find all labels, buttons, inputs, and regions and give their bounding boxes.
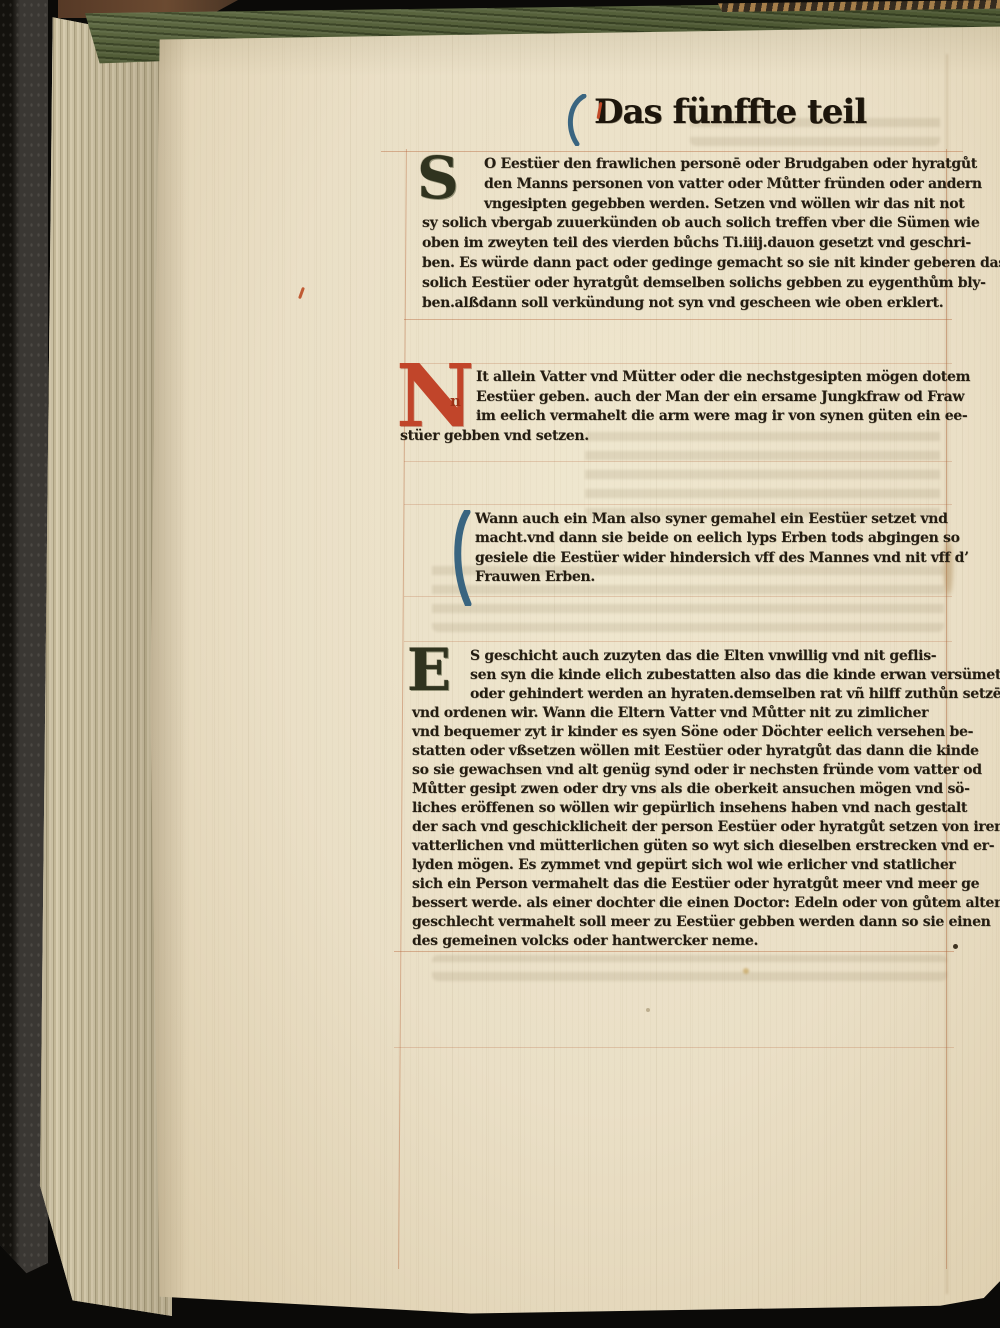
stain [743,968,749,974]
paragraph-text: It allein Vatter vnd Mütter oder die nec… [400,368,944,446]
text-line: Můtter gesipt zwen oder dry vns als die … [412,780,944,799]
text-line: liches eröffenen so wöllen wir gepürlich… [412,799,944,818]
text-line: lyden mögen. Es zymmet vnd gepürt sich w… [412,856,944,875]
ink-dot [953,944,958,949]
text-line: sy solich vbergab zuuerkünden ob auch so… [422,214,946,234]
text-line: Wann auch ein Man also syner gemahel ein… [423,510,944,529]
text-line: des gemeinen volcks oder hantwercker nem… [412,932,944,951]
red-fiber [298,287,305,299]
paragraph: Wann auch ein Man also syner gemahel ein… [423,510,944,587]
text-line: sen syn die kinde elich zubestatten also… [412,666,944,685]
text-line: sich ein Person vermahelt das die Eestüe… [412,875,944,894]
blue-initial-stroke-icon [451,510,473,610]
text-line: so sie gewachsen vnd alt genüg synd oder… [412,761,944,780]
text-line: It allein Vatter vnd Mütter oder die nec… [400,368,944,388]
paragraph: N n It allein Vatter vnd Mütter oder die… [400,368,944,446]
paragraph: S O Eestüer den frawlichen personē oder … [422,155,946,313]
text-line: Eestüer geben. auch der Man der ein ersa… [400,388,944,408]
paragraph-text: O Eestüer den frawlichen personē oder Br… [422,155,946,313]
text-line: Frauwen Erben. [423,568,944,587]
red-ruling-line [398,149,407,1269]
text-line: vatterlichen vnd mütterlichen güten so w… [412,837,944,856]
red-ruling-line [381,151,963,152]
book-page: Das fünffte teil S O Eestüer den frawlic… [146,24,1000,1320]
text-line: S geschicht auch zuzyten das die Elten v… [412,647,944,666]
text-line: macht.vnd dann sie beide on eelich lyps … [423,529,944,548]
drop-cap: N [396,354,475,440]
red-ruling-line [394,951,954,952]
red-ruling-line [394,1047,954,1048]
page-fore-edge-stack [30,12,172,1316]
text-line: oben im zweyten teil des vierden bůchs T… [422,234,946,254]
guide-letter: n [450,392,461,410]
book-cover [0,0,48,1294]
red-ruling-line [404,504,952,505]
text-line: bessert werde. als einer dochter die ein… [412,894,944,913]
paragraph-text: Wann auch ein Man also syner gemahel ein… [423,510,944,587]
paragraph: E S geschicht auch zuzyten das die Elten… [412,647,944,951]
text-line: vnd ordenen wir. Wann die Eltern Vatter … [412,704,944,723]
text-line: ben.alßdann soll verkündung not syn vnd … [422,294,946,314]
text-line: der sach vnd geschicklicheit der person … [412,818,944,837]
scan-background: Das fünffte teil S O Eestüer den frawlic… [0,0,1000,1328]
text-line: im eelich vermahelt die arm were mag ir … [400,407,944,427]
text-line: statten oder vßsetzen wöllen mit Eestüer… [412,742,944,761]
blue-paragraph-mark-icon [564,94,588,150]
text-line: geschlecht vermahelt soll meer zu Eestüe… [412,913,944,932]
red-ruling-line [404,641,952,642]
chapter-title-row: Das fünffte teil [564,92,866,144]
text-line: vngesipten gegebben werden. Setzen vnd w… [422,195,946,215]
text-line: gesiele die Eestüer wider hindersich vff… [423,549,944,568]
paragraph-text: S geschicht auch zuzyten das die Elten v… [412,647,944,951]
text-line: vnd bequemer zyt ir kinder es syen Söne … [412,723,944,742]
text-line: O Eestüer den frawlichen personē oder Br… [422,155,946,175]
text-line: stüer gebben vnd setzen. [400,427,944,447]
drop-cap: S [417,149,459,207]
text-line: solich Eestüer oder hyratgůt demselben s… [422,274,946,294]
red-ruling-line [404,363,952,364]
stain [646,1008,650,1012]
red-ruling-line [404,596,952,597]
text-line: den Manns personen von vatter oder Můtte… [422,175,946,195]
drop-cap: E [407,641,451,699]
page-title: Das fünffte teil [594,92,866,132]
red-ruling-line [404,461,952,462]
red-ruling-line [404,319,952,320]
text-line: oder gehindert werden an hyraten.demselb… [412,685,944,704]
text-line: ben. Es würde dann pact oder gedinge gem… [422,254,946,274]
ink-bleedthrough [432,955,947,981]
